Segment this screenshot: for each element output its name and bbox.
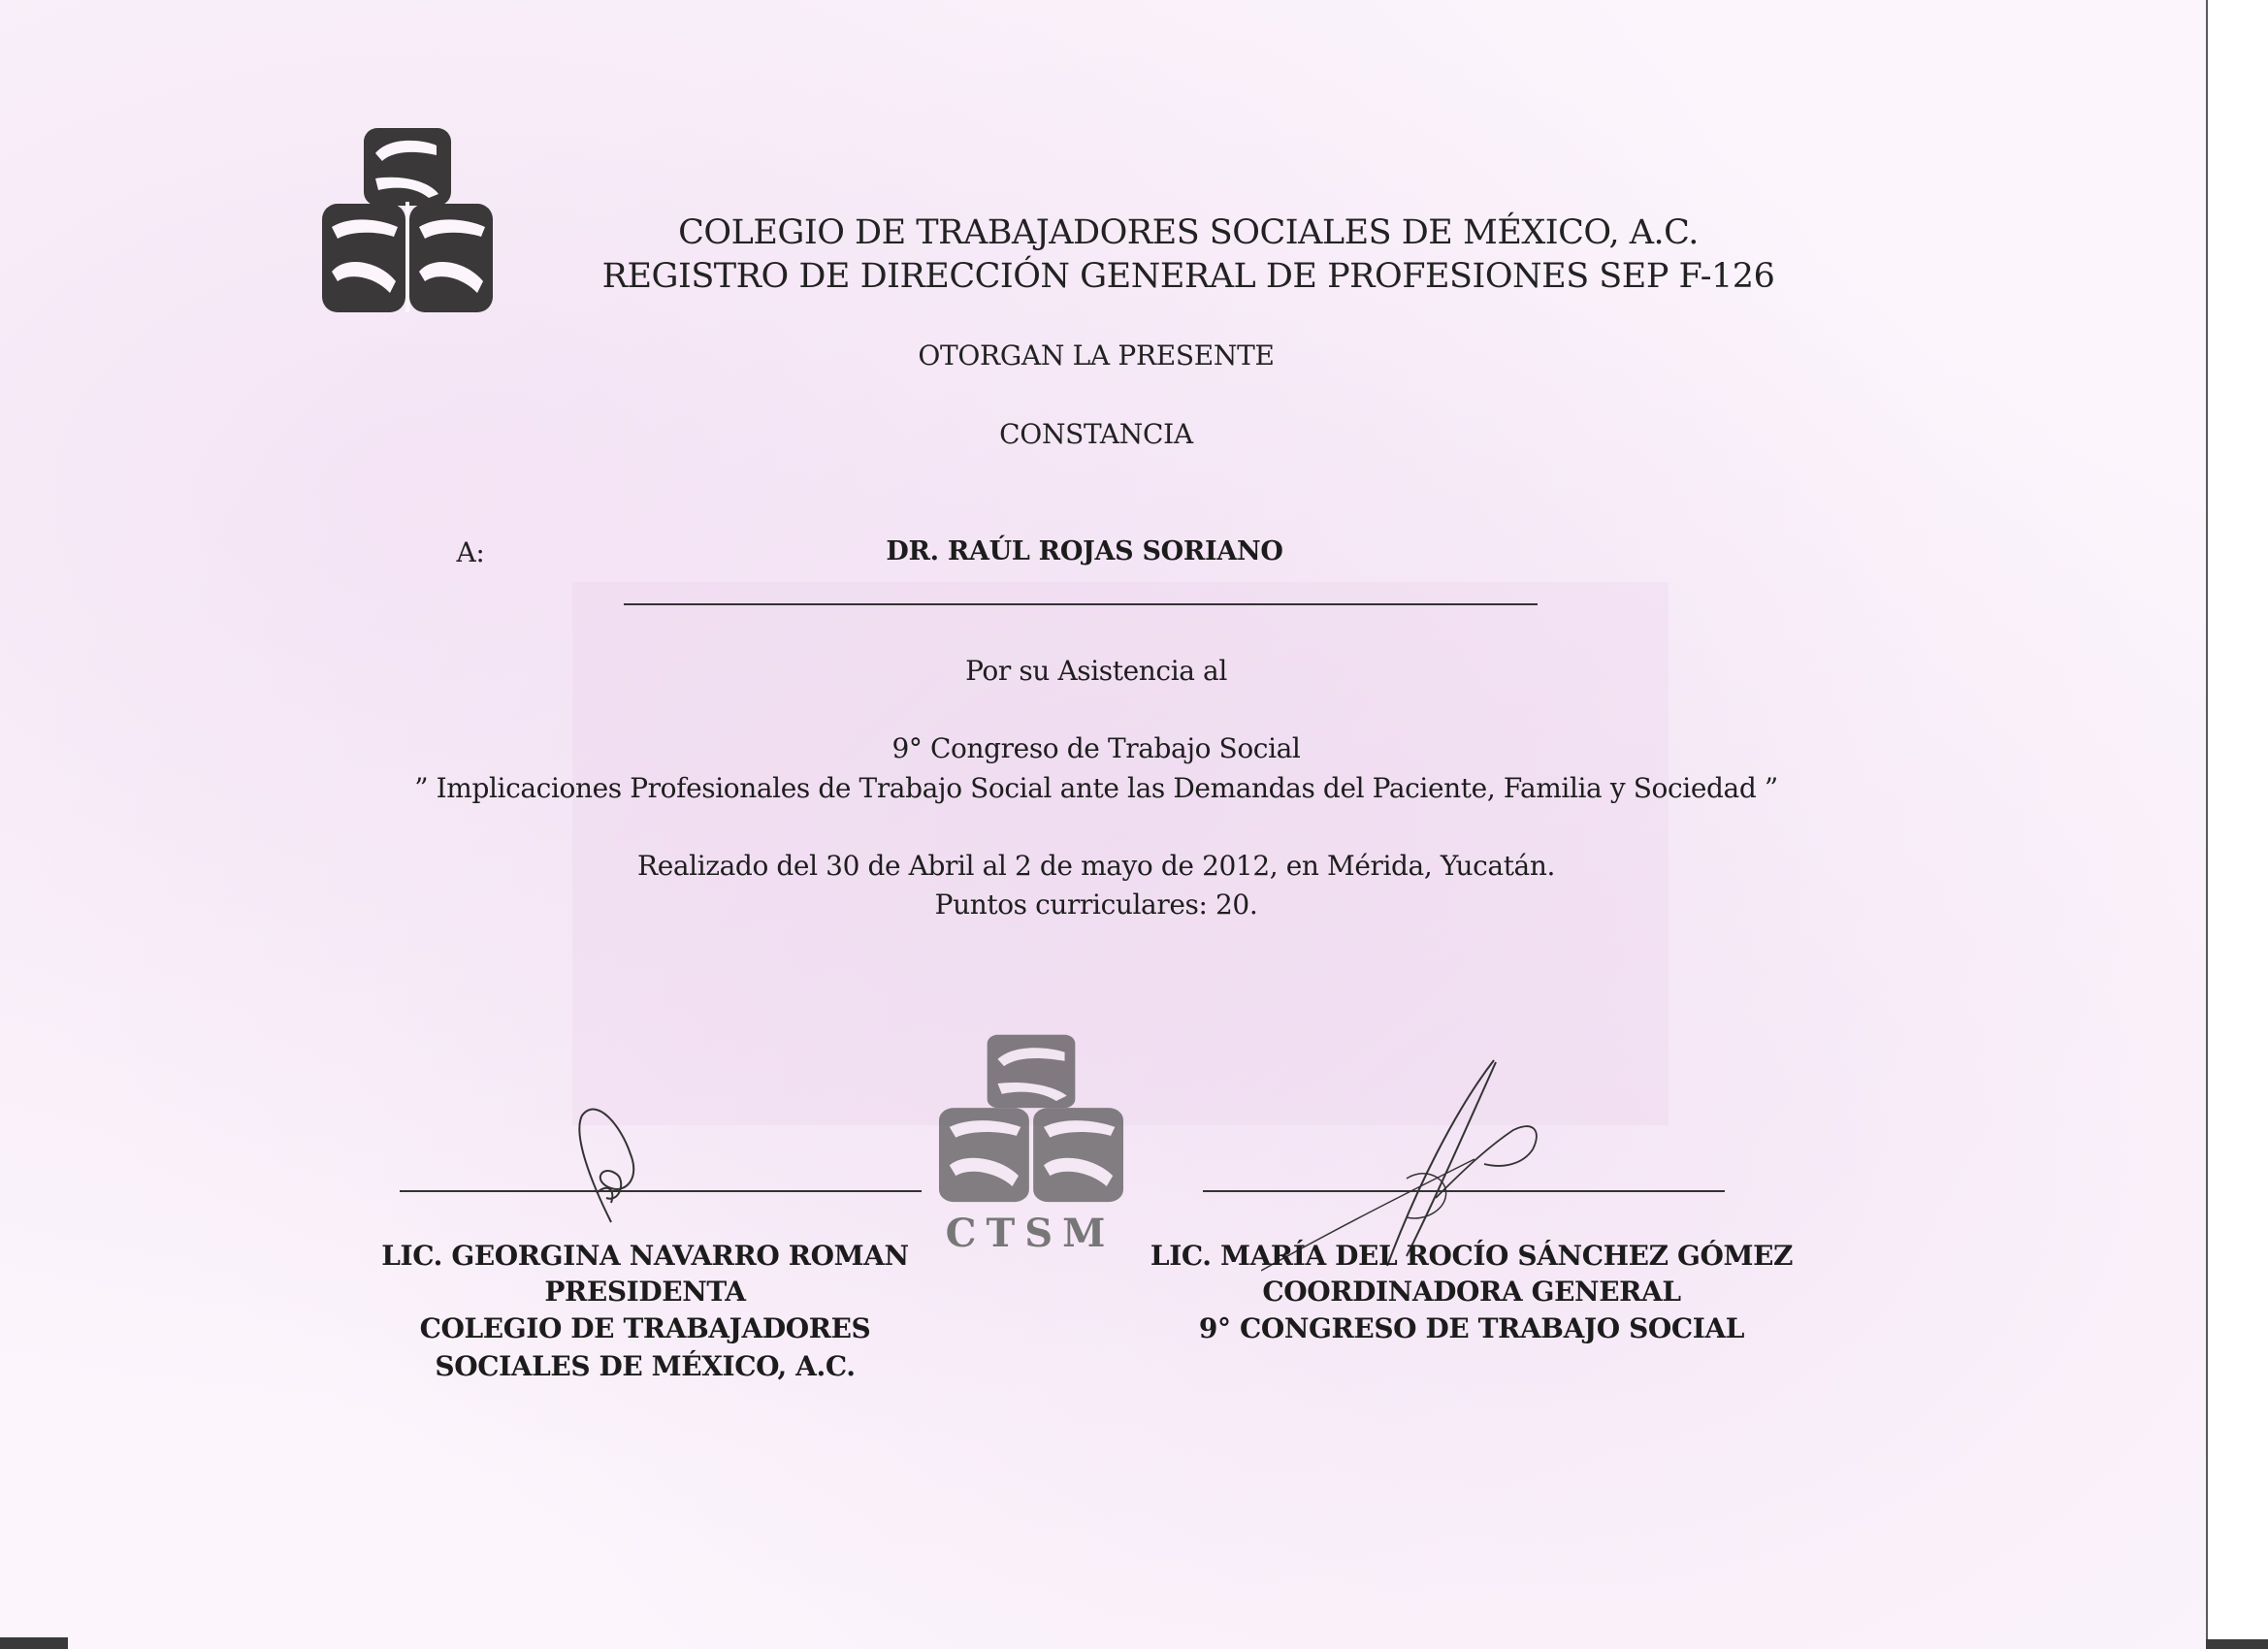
signatory-left-org-2: SOCIALES DE MÉXICO, A.C. <box>435 1350 855 1382</box>
signatory-right-name: LIC. MARÍA DEL ROCÍO SÁNCHEZ GÓMEZ <box>1150 1240 1793 1272</box>
ctsm-stamp-icon <box>939 1033 1123 1203</box>
event-dates: Realizado del 30 de Abril al 2 de mayo d… <box>637 850 1555 882</box>
recipient-underline <box>624 603 1538 605</box>
signatory-left-org-1: COLEGIO DE TRABAJADORES <box>420 1312 871 1344</box>
scan-edge-right <box>2206 1639 2268 1649</box>
stamp-text: CTSM <box>946 1211 1116 1256</box>
signatory-right-org-1: 9° CONGRESO DE TRABAJO SOCIAL <box>1199 1312 1744 1344</box>
signature-left <box>553 1096 708 1232</box>
curricular-points: Puntos curriculares: 20. <box>935 889 1258 921</box>
header-line-2: REGISTRO DE DIRECCIÓN GENERAL DE PROFESI… <box>602 257 1775 296</box>
recipient-name: DR. RAÚL ROJAS SORIANO <box>886 536 1282 566</box>
signatory-right-role: COORDINADORA GENERAL <box>1262 1276 1680 1308</box>
signatory-left-role: PRESIDENTA <box>544 1276 745 1308</box>
ctsm-logo-icon <box>322 126 493 315</box>
reason-text: Por su Asistencia al <box>965 655 1227 687</box>
scan-edge-left <box>0 1637 68 1649</box>
signatory-left-name: LIC. GEORGINA NAVARRO ROMAN <box>381 1240 908 1272</box>
certificate-page: COLEGIO DE TRABAJADORES SOCIALES DE MÉXI… <box>0 0 2208 1649</box>
header-line-1: COLEGIO DE TRABAJADORES SOCIALES DE MÉXI… <box>678 213 1699 252</box>
otorgan-text: OTORGAN LA PRESENTE <box>918 339 1274 372</box>
event-theme: ” Implicaciones Profesionales de Trabajo… <box>414 772 1778 804</box>
recipient-label: A: <box>456 536 484 568</box>
event-name: 9° Congreso de Trabajo Social <box>892 732 1301 764</box>
document-title: CONSTANCIA <box>999 418 1193 450</box>
